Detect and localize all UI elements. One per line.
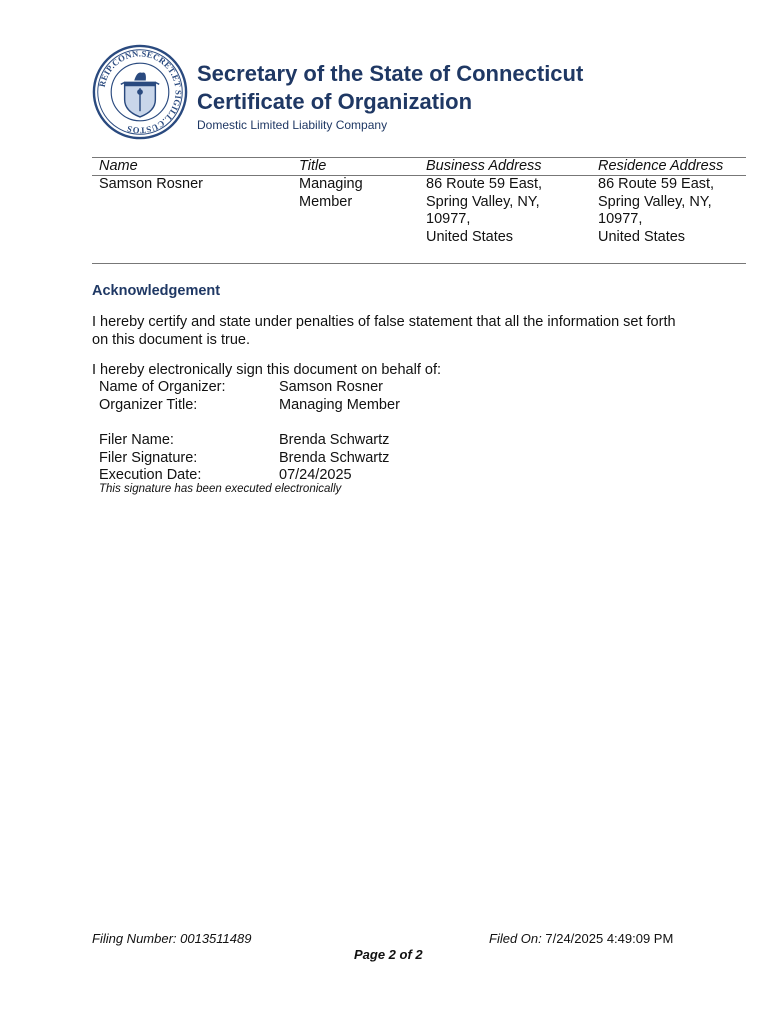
- organizer-title-value: Managing Member: [279, 396, 400, 414]
- column-header-name: Name: [99, 158, 138, 175]
- filed-on: Filed On: 7/24/2025 4:49:09 PM: [489, 931, 673, 946]
- filer-name-value: Brenda Schwartz: [279, 431, 389, 449]
- organizer-name-value: Samson Rosner: [279, 378, 383, 396]
- cell-title: Managing Member: [299, 176, 363, 211]
- certification-statement: I hereby certify and state under penalti…: [92, 313, 682, 349]
- column-header-title: Title: [299, 158, 326, 175]
- filer-signature-value: Brenda Schwartz: [279, 449, 389, 467]
- acknowledgement-heading: Acknowledgement: [92, 283, 220, 299]
- electronic-signature-note: This signature has been executed electro…: [99, 483, 341, 495]
- table-bottom-rule: [92, 263, 746, 264]
- filed-on-label: Filed On:: [489, 931, 542, 946]
- certificate-title: Certificate of Organization: [197, 88, 472, 116]
- header-title: Secretary of the State of Connecticut: [197, 60, 583, 88]
- signature-statement: I hereby electronically sign this docume…: [92, 361, 692, 379]
- filer-name-label: Filer Name:: [99, 431, 174, 449]
- execution-date-label: Execution Date:: [99, 466, 201, 484]
- cell-residence-address: 86 Route 59 East, Spring Valley, NY, 109…: [598, 176, 714, 246]
- state-seal-icon: REIP.CONN.SECRET.ET SIGILL.CUSTOS: [92, 44, 188, 140]
- column-header-business-address: Business Address: [426, 158, 542, 175]
- page-number: Page 2 of 2: [354, 947, 423, 962]
- filed-on-value: 7/24/2025 4:49:09 PM: [545, 931, 673, 946]
- organizer-name-label: Name of Organizer:: [99, 378, 226, 396]
- entity-type: Domestic Limited Liability Company: [197, 118, 387, 132]
- execution-date-value: 07/24/2025: [279, 466, 352, 484]
- cell-name: Samson Rosner: [99, 176, 203, 194]
- column-header-residence-address: Residence Address: [598, 158, 723, 175]
- cell-business-address: 86 Route 59 East, Spring Valley, NY, 109…: [426, 176, 542, 246]
- organizer-title-label: Organizer Title:: [99, 396, 197, 414]
- filing-number: Filing Number: 0013511489: [92, 931, 251, 946]
- filer-signature-label: Filer Signature:: [99, 449, 197, 467]
